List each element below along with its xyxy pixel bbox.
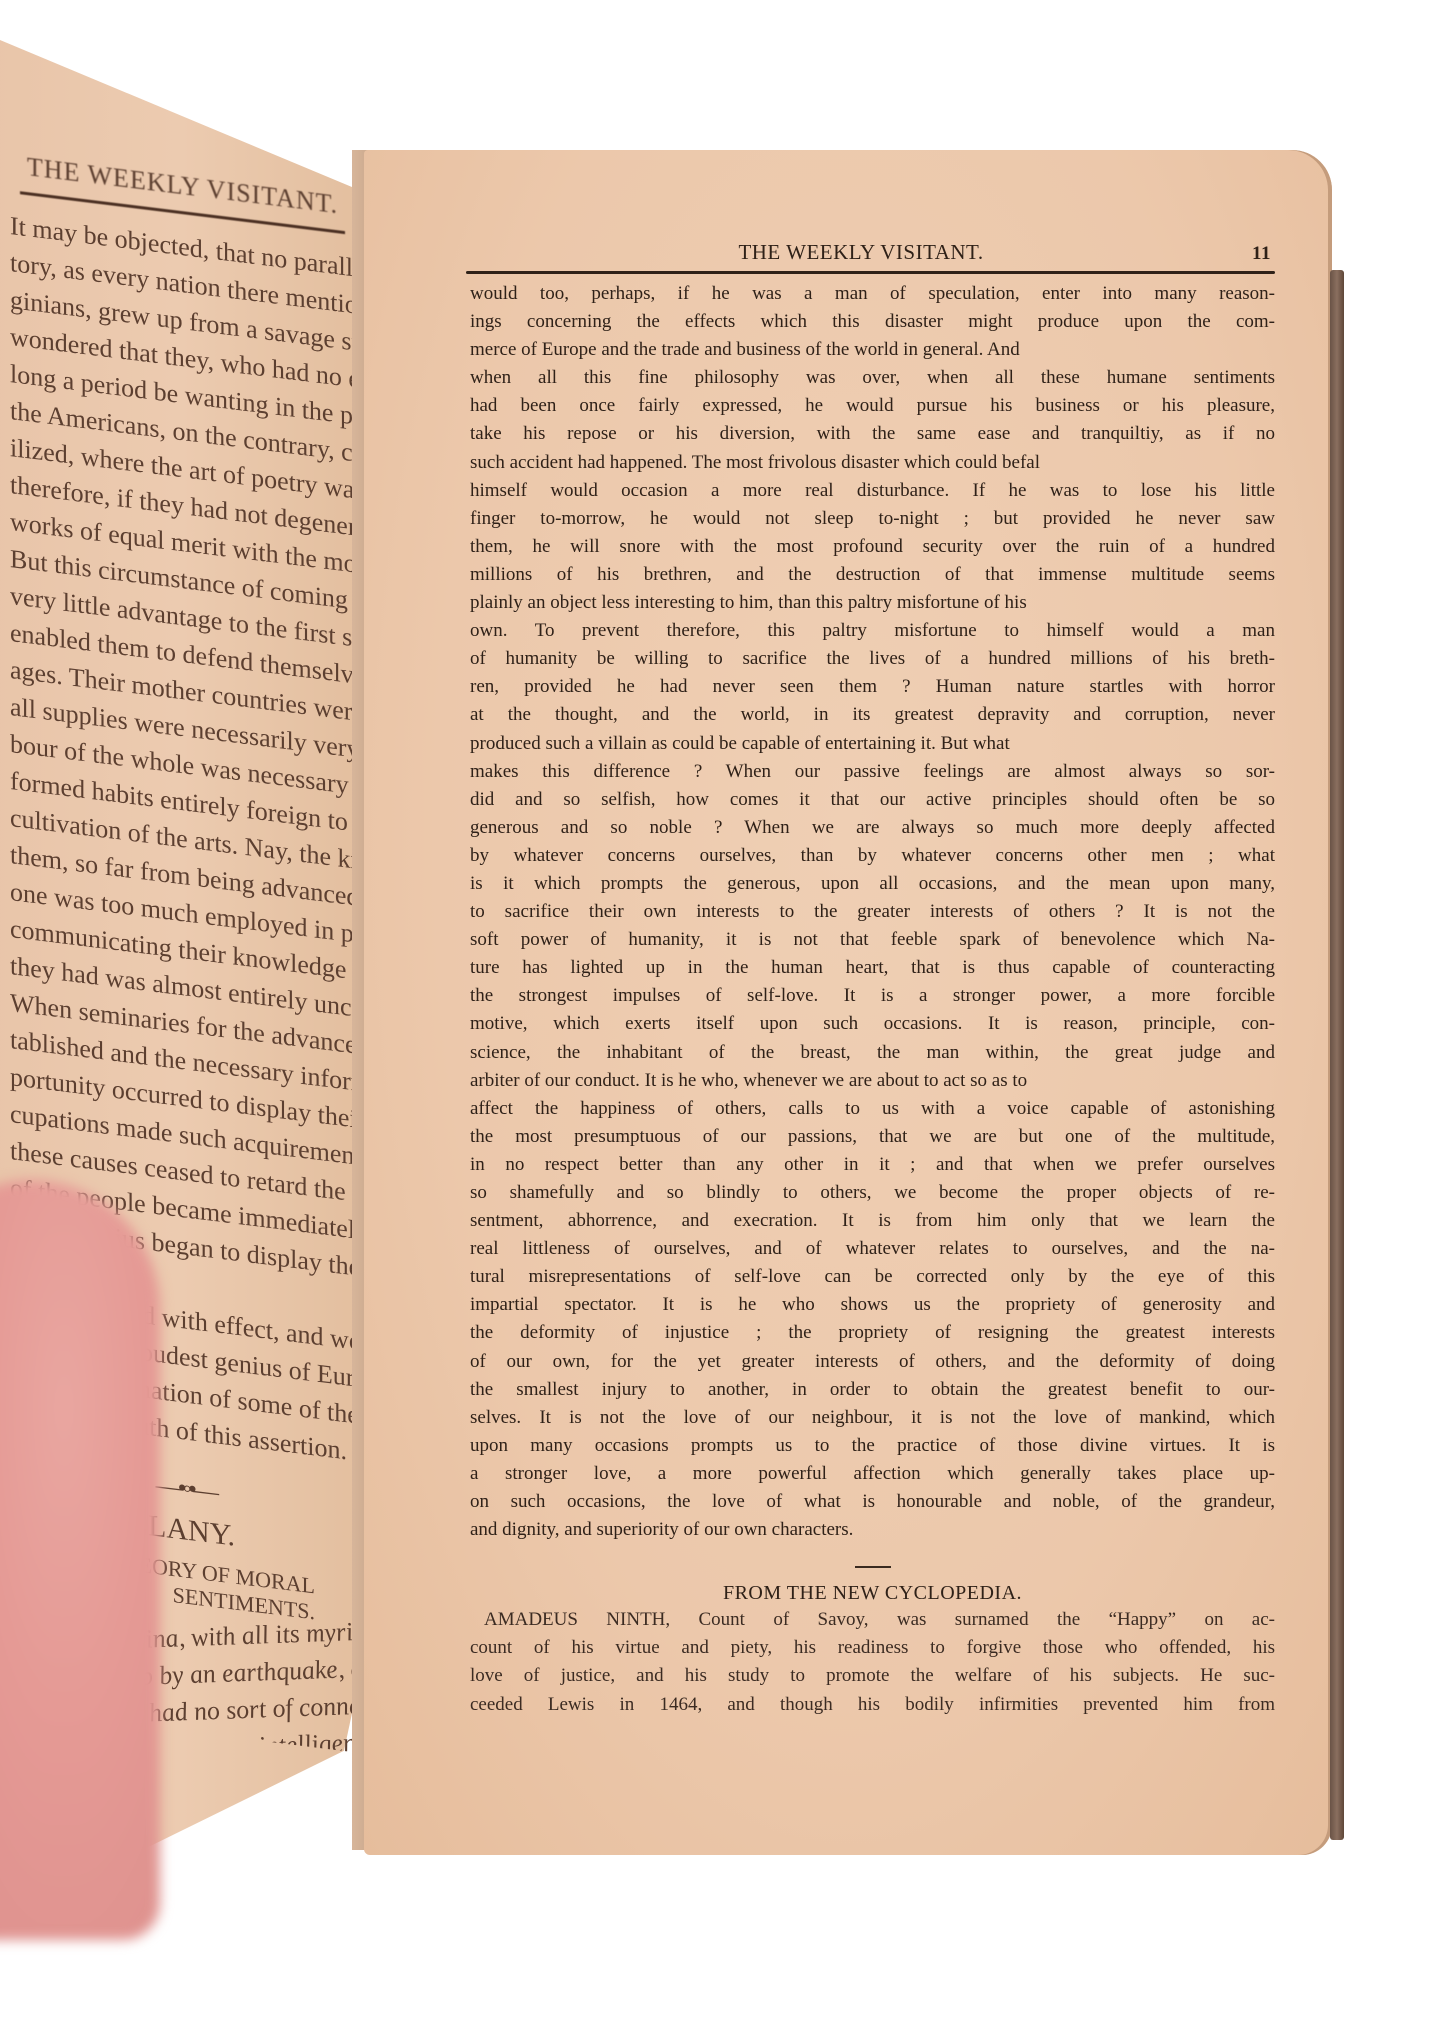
text-line: ren, provided he had never seen them ? H… (470, 673, 1275, 701)
text-line: generous and so noble ? When we are alwa… (470, 814, 1275, 842)
text-line: AMADEUS NINTH, Count of Savoy, was surna… (470, 1606, 1275, 1634)
cyclopedia-entry: AMADEUS NINTH, Count of Savoy, was surna… (470, 1606, 1275, 1718)
text-line: science, the inhabitant of the breast, t… (470, 1039, 1275, 1067)
text-line: millions of his brethren, and the destru… (470, 561, 1275, 589)
text-line: by whatever concerns ourselves, than by … (470, 842, 1275, 870)
text-line: when all this fine philosophy was over, … (470, 364, 1275, 392)
text-line: ings concerning the effects which this d… (470, 308, 1275, 336)
text-line: impartial spectator. It is he who shows … (470, 1291, 1275, 1319)
running-head: THE WEEKLY VISITANT. 11 (470, 240, 1275, 269)
text-line: merce of Europe and the trade and busine… (470, 336, 1275, 364)
section-title: FROM THE NEW CYCLOPEDIA. (470, 1580, 1275, 1606)
text-line: himself would occasion a more real distu… (470, 477, 1275, 505)
text-line: affect the happiness of others, calls to… (470, 1095, 1275, 1123)
text-line: count of his virtue and piety, his readi… (470, 1634, 1275, 1662)
text-line: produced such a villain as could be capa… (470, 730, 1275, 758)
text-line: upon many occasions prompts us to the pr… (470, 1432, 1275, 1460)
text-line: the most presumptuous of our passions, t… (470, 1123, 1275, 1151)
text-line: tural misrepresentations of self-love ca… (470, 1263, 1275, 1291)
text-line: did and so selfish, how comes it that ou… (470, 786, 1275, 814)
page-number: 11 (1252, 243, 1271, 265)
text-line: real littleness of ourselves, and of wha… (470, 1235, 1275, 1263)
page-block-edge (1330, 270, 1344, 1840)
text-line: soft power of humanity, it is not that f… (470, 926, 1275, 954)
text-line: sentment, abhorrence, and execration. It… (470, 1207, 1275, 1235)
text-line: the strongest impulses of self-love. It … (470, 982, 1275, 1010)
text-line: makes this difference ? When our passive… (470, 758, 1275, 786)
text-line: is it which prompts the generous, upon a… (470, 870, 1275, 898)
text-line: own. To prevent therefore, this paltry m… (470, 617, 1275, 645)
text-line: ture has lighted up in the human heart, … (470, 954, 1275, 982)
text-line: so shamefully and so blindly to others, … (470, 1179, 1275, 1207)
text-line: selves. It is not the love of our neighb… (470, 1404, 1275, 1432)
holding-finger (0, 1180, 160, 1940)
text-line: motive, which exerts itself upon such oc… (470, 1010, 1275, 1038)
text-line: them, he will snore with the most profou… (470, 533, 1275, 561)
text-line: plainly an object less interesting to hi… (470, 589, 1275, 617)
text-line: had been once fairly expressed, he would… (470, 392, 1275, 420)
text-line: such accident had happened. The most fri… (470, 449, 1275, 477)
body-text: would too, perhaps, if he was a man of s… (470, 280, 1275, 1544)
section-divider (855, 1566, 891, 1568)
right-page-text-block: THE WEEKLY VISITANT. 11 would too, perha… (470, 240, 1275, 1719)
text-line: arbiter of our conduct. It is he who, wh… (470, 1067, 1275, 1095)
text-line: the smallest injury to another, in order… (470, 1376, 1275, 1404)
text-line: love of justice, and his study to promot… (470, 1662, 1275, 1690)
text-line: in no respect better than any other in i… (470, 1151, 1275, 1179)
running-head-title: THE WEEKLY VISITANT. (470, 240, 1252, 265)
text-line: of our own, for the yet greater interest… (470, 1348, 1275, 1376)
header-rule (466, 271, 1275, 274)
text-line: ceeded Lewis in 1464, and though his bod… (470, 1691, 1275, 1719)
text-line: of humanity be willing to sacrifice the … (470, 645, 1275, 673)
text-line: on such occasions, the love of what is h… (470, 1488, 1275, 1516)
text-line: a stronger love, a more powerful affecti… (470, 1460, 1275, 1488)
text-line: the deformity of injustice ; the proprie… (470, 1319, 1275, 1347)
text-line: and dignity, and superiority of our own … (470, 1516, 1275, 1544)
text-line: take his repose or his diversion, with t… (470, 420, 1275, 448)
text-line: would too, perhaps, if he was a man of s… (470, 280, 1275, 308)
text-line: to sacrifice their own interests to the … (470, 898, 1275, 926)
text-line: at the thought, and the world, in its gr… (470, 701, 1275, 729)
text-line: finger to-morrow, he would not sleep to-… (470, 505, 1275, 533)
